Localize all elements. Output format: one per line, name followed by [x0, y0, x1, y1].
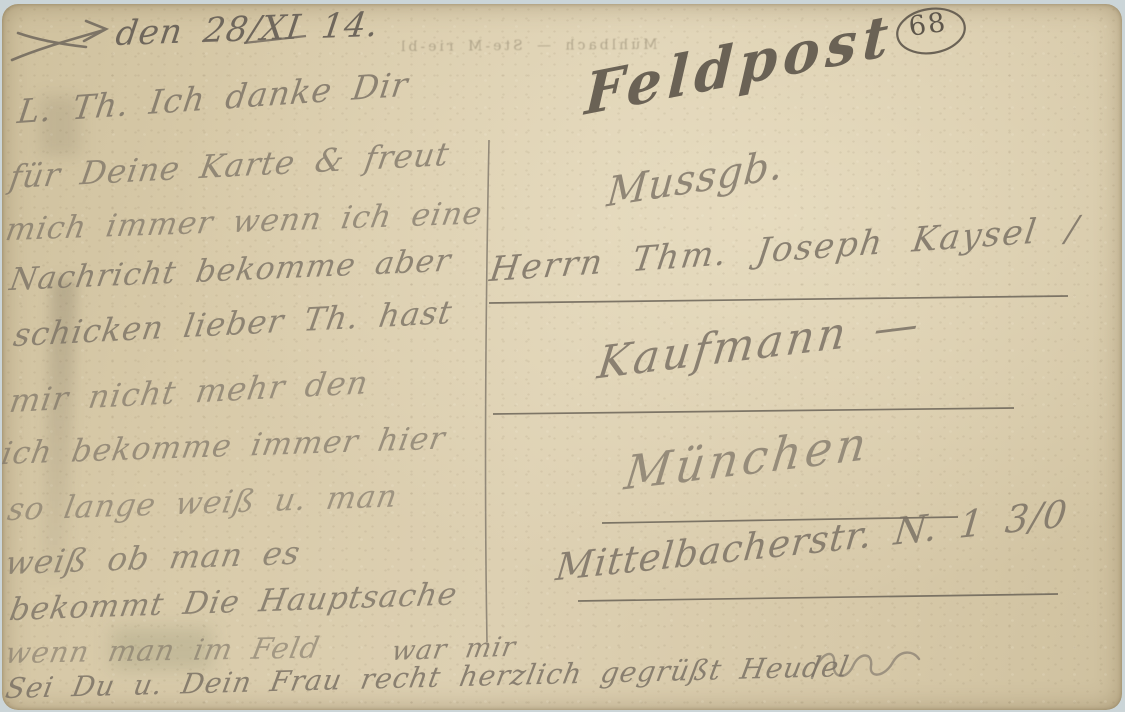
postcard-scan: den 28/XI 14. Mühlbach — Ste-M rie-bl 68…	[0, 0, 1125, 712]
collector-number: 68	[907, 7, 949, 43]
printed-bleedthrough-caption: Mühlbach — Ste-M rie-bl	[398, 37, 658, 55]
